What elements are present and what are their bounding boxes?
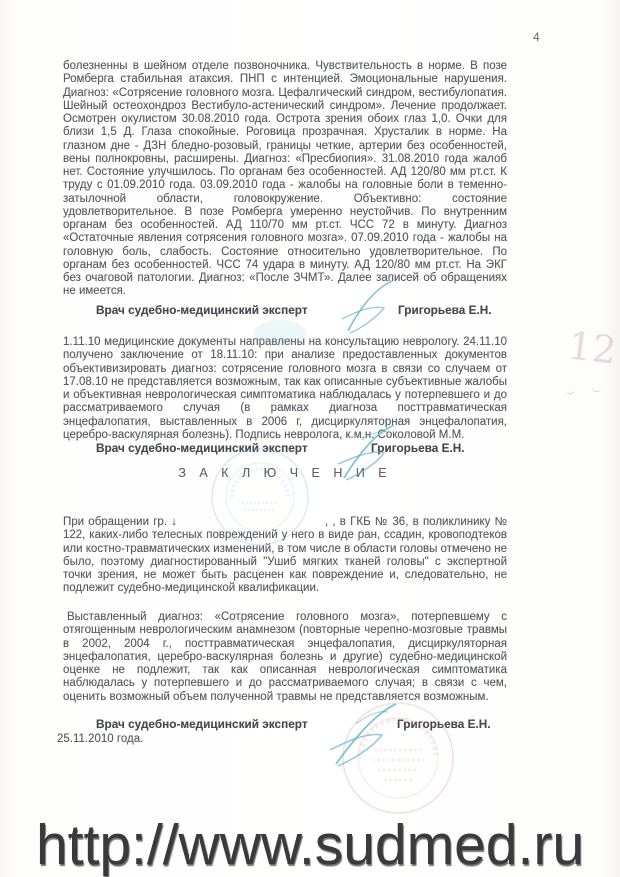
paragraph-conclusion-diagnosis: Выставленный диагноз: «Сотрясение головн… [63, 611, 507, 704]
expert-title: Врач судебно-медицинский эксперт [96, 441, 308, 455]
expert-title: Врач судебно-медицинский эксперт [96, 717, 308, 731]
pencil-tick-icon [566, 388, 576, 395]
report-date: 25.11.2010 года. [57, 733, 143, 745]
signature-row-2: Врач судебно-медицинский эксперт Григорь… [63, 441, 507, 455]
paragraph-neurologist-consultation: 1.11.10 медицинские документы направлены… [63, 336, 507, 442]
scanned-document-page: 4 болезненны в шейном отделе позвоночник… [0, 0, 620, 877]
signature-scribble-icon [322, 698, 406, 770]
signature-row-3: Врач судебно-медицинский эксперт Григорь… [63, 717, 507, 731]
paragraph-medical-history: болезненны в шейном отделе позвоночника.… [63, 60, 507, 299]
expert-title: Врач судебно-медицинский эксперт [96, 303, 308, 317]
signature-row-1: Врач судебно-медицинский эксперт Григорь… [63, 303, 507, 317]
paragraph-conclusion-injuries: При обращении гр. ↓, , в ГКБ № 36, в пол… [63, 516, 507, 596]
watermark-url: http://www.sudmed.ru [0, 814, 620, 877]
page-number: 4 [533, 30, 540, 44]
conclusion-heading: З А К Л Ю Ч Е Н И Е [63, 466, 507, 480]
expert-name: Григорьева Е.Н. [397, 717, 491, 731]
p3-lead-text: При обращении гр. ↓ [63, 516, 177, 528]
redacted-name-gap [177, 524, 325, 525]
handwritten-margin-mark: 12 [565, 323, 618, 373]
pencil-tick-icon [592, 386, 601, 393]
expert-name: Григорьева Е.Н. [398, 303, 492, 317]
expert-name: Григорьева Е.Н. [371, 441, 465, 455]
